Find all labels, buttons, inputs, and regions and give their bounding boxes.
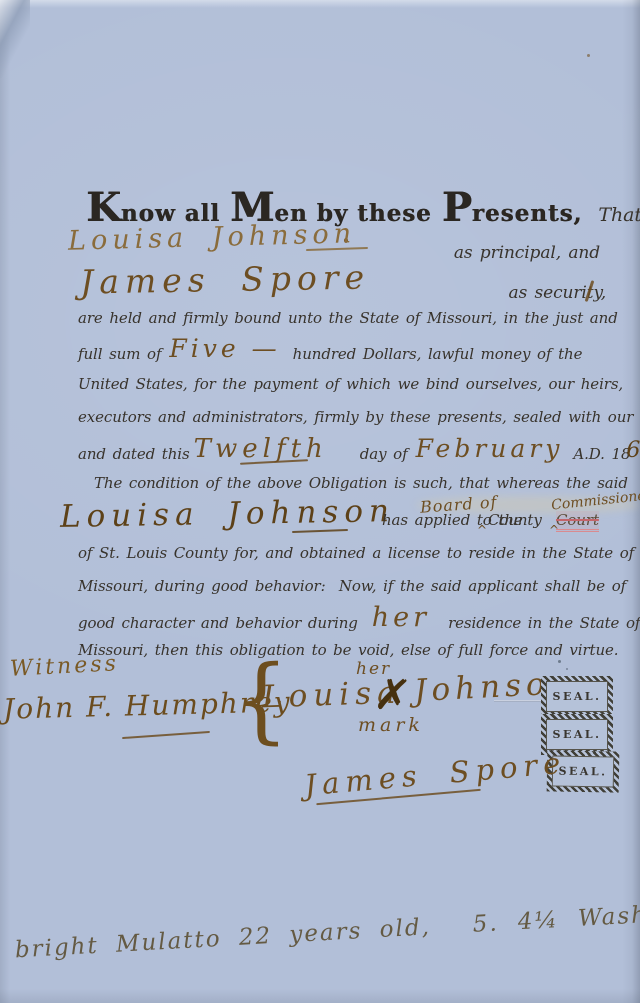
page-curl (0, 0, 30, 78)
annotation-right: 5. 4¼ Washn — (472, 899, 640, 938)
date-line-post: A.D. 18 (573, 445, 630, 463)
her-handwritten: her (372, 604, 430, 631)
seal-label: SEAL. (553, 728, 602, 741)
document-page: Know all Men by these Presents, That We:… (0, 0, 640, 1003)
bond-line-4: executors and administrators, firmly by … (78, 408, 640, 426)
condition-line-6: Missouri, then this obligation to be voi… (78, 641, 618, 659)
ink-speck (558, 660, 561, 663)
bottom-annotation: bright Mulatto 22 years old, 5. 4¼ Washn… (14, 903, 630, 963)
condition-line-4: Missouri, during good behavior: Now, if … (78, 577, 626, 595)
condition-line-3: of St. Louis County for, and obtained a … (78, 544, 634, 562)
seal-label: SEAL. (553, 690, 602, 703)
mark-label: mark (358, 716, 424, 735)
condition-line-5-pre: good character and behavior during (78, 614, 358, 632)
month-handwritten: February (416, 436, 564, 461)
security-name-handwritten: James Spore (80, 260, 371, 298)
principal-label: as principal, and (454, 243, 600, 263)
caret-mark: ^ (477, 523, 487, 537)
witness-label-handwritten: Witness (9, 653, 119, 681)
heading-text: resents, (472, 200, 583, 227)
date-line-mid: day of (360, 445, 408, 463)
condition-line-5-post: residence in the State of (448, 614, 640, 632)
ink-speck (587, 54, 590, 57)
pen-flourish (122, 731, 210, 739)
heading: Know all Men by these Presents, That We: (86, 188, 640, 228)
bond-line-2-pre: full sum of (78, 345, 161, 363)
applicant-name-handwritten: Louisa Johnson (60, 496, 395, 533)
heading-word-presents: Presents, (442, 188, 583, 228)
bond-line-3: United States, for the payment of which … (78, 375, 623, 393)
struck-word-court: Court (556, 511, 599, 532)
year-handwritten: 61. (626, 440, 640, 462)
heading-initial-k: K (86, 188, 121, 228)
county-word: County (488, 511, 542, 529)
bond-line-2-post: hundred Dollars, lawful money of the (293, 345, 583, 363)
date-line-pre: and dated this (78, 445, 190, 463)
bond-line-1: are held and firmly bound unto the State… (78, 309, 618, 327)
sum-amount-handwritten: Five — (169, 336, 280, 361)
day-handwritten: Twelfth (194, 436, 328, 462)
condition-line-1: The condition of the above Obligation is… (94, 474, 628, 492)
seal-box-1: SEAL. (541, 676, 613, 717)
lead-in-text: That We: (598, 204, 640, 226)
annotation-left: bright Mulatto 22 years old, (14, 914, 431, 963)
heading-initial-p: P (442, 188, 472, 228)
